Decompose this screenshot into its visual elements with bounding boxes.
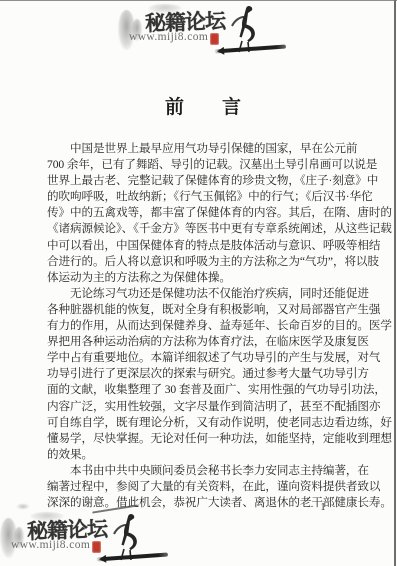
watermark-url: www.miji8.com <box>129 31 208 43</box>
text-line: 中可以看出，中国保健体育的特点是肢体活动与意识、呼吸等相结 <box>47 238 359 254</box>
text-line: 各种脏器机能的恢复，既对全身有积极影响，又对局部器官产生强 <box>47 302 359 318</box>
text-line: 《诸病源候论》、《千金方》等医书中更有专章系统阐述，从这些记载 <box>47 221 359 237</box>
scan-border-right <box>394 0 396 566</box>
text-line: 可自练自学，既有理论分析，又有动作说明，使老同志边看边练，好 <box>47 415 359 431</box>
text-line: 本书由中共中央顾问委员会秘书长李力安同志主持编著，在 <box>47 463 359 479</box>
text-line: 内容广泛，实用性较强，文字尽量作到简洁明了，甚至不配插图亦 <box>47 399 359 415</box>
text-line: 的吹呴呼吸，吐故纳新；《行气玉佩铭》中的行气；《后汉书·华佗 <box>47 189 359 205</box>
text-line: 学中占有重要地位。本篇详细叙述了气功导引的产生与发展，对气 <box>47 350 359 366</box>
forum-watermark-bottom: 秘籍论坛 www.miji8.com <box>0 512 170 565</box>
scanned-page: 秘籍论坛 www.miji8.com 前 言 中国是世界上最早应用气功导引保健的… <box>0 0 397 566</box>
scan-smudge <box>16 503 30 510</box>
scan-border-top <box>0 0 397 1</box>
text-line: 合进行的。后人将以意识和呼吸为主的方法称之为“气功”，将以肢 <box>47 254 359 270</box>
text-line: 有力的作用，从而达到保健养身、益寿延年、长命百岁的目的。医学 <box>47 318 359 334</box>
text-line: 中国是世界上最早应用气功导引保健的国家，早在公元前 <box>47 141 359 157</box>
text-line: 编著过程中，参阅了大量的有关资料，在此，谨向资料提供者致以 <box>47 479 359 495</box>
text-line: 的效果。 <box>47 447 359 463</box>
text-line: 体运动为主的方法称之为保健体操。 <box>47 270 359 286</box>
text-line: 功导引进行了更深层次的探索与研究。通过参考大量气功导引方 <box>47 366 359 382</box>
preface-body: 中国是世界上最早应用气功导引保健的国家，早在公元前700 余年，已有了舞蹈、导引… <box>47 141 359 511</box>
text-line: 懂易学，尽快掌握。无论对任何一种功法，如能坚持，定能收到理想 <box>47 431 359 447</box>
page-title: 前 言 <box>48 92 358 119</box>
text-line: 面的文献，收集整理了 30 套普及面广、实用性强的气功导引功法， <box>47 382 359 398</box>
text-line: 世界上最古老、完整记载了保健体育的珍贵文物，《庄子·刻意》中 <box>47 173 359 189</box>
forum-watermark-top: 秘籍论坛 www.miji8.com <box>118 4 288 57</box>
text-line: 无论练习气功还是保健功法不仅能治疗疾病，同时还能促进 <box>47 286 359 302</box>
text-line: 传》中的五禽戏等，都丰富了保健体育的内容。其后，在隋、唐时的 <box>47 205 359 221</box>
text-line: 界把用各种运动治病的方法称为体育疗法，在临床医学及康复医 <box>47 334 359 350</box>
text-line: 700 余年，已有了舞蹈、导引的记载。汉墓出土导引帛画可以说是 <box>47 157 359 173</box>
page-number: · 1 · <box>298 502 350 513</box>
watermark-url: www.miji8.com <box>11 539 90 551</box>
